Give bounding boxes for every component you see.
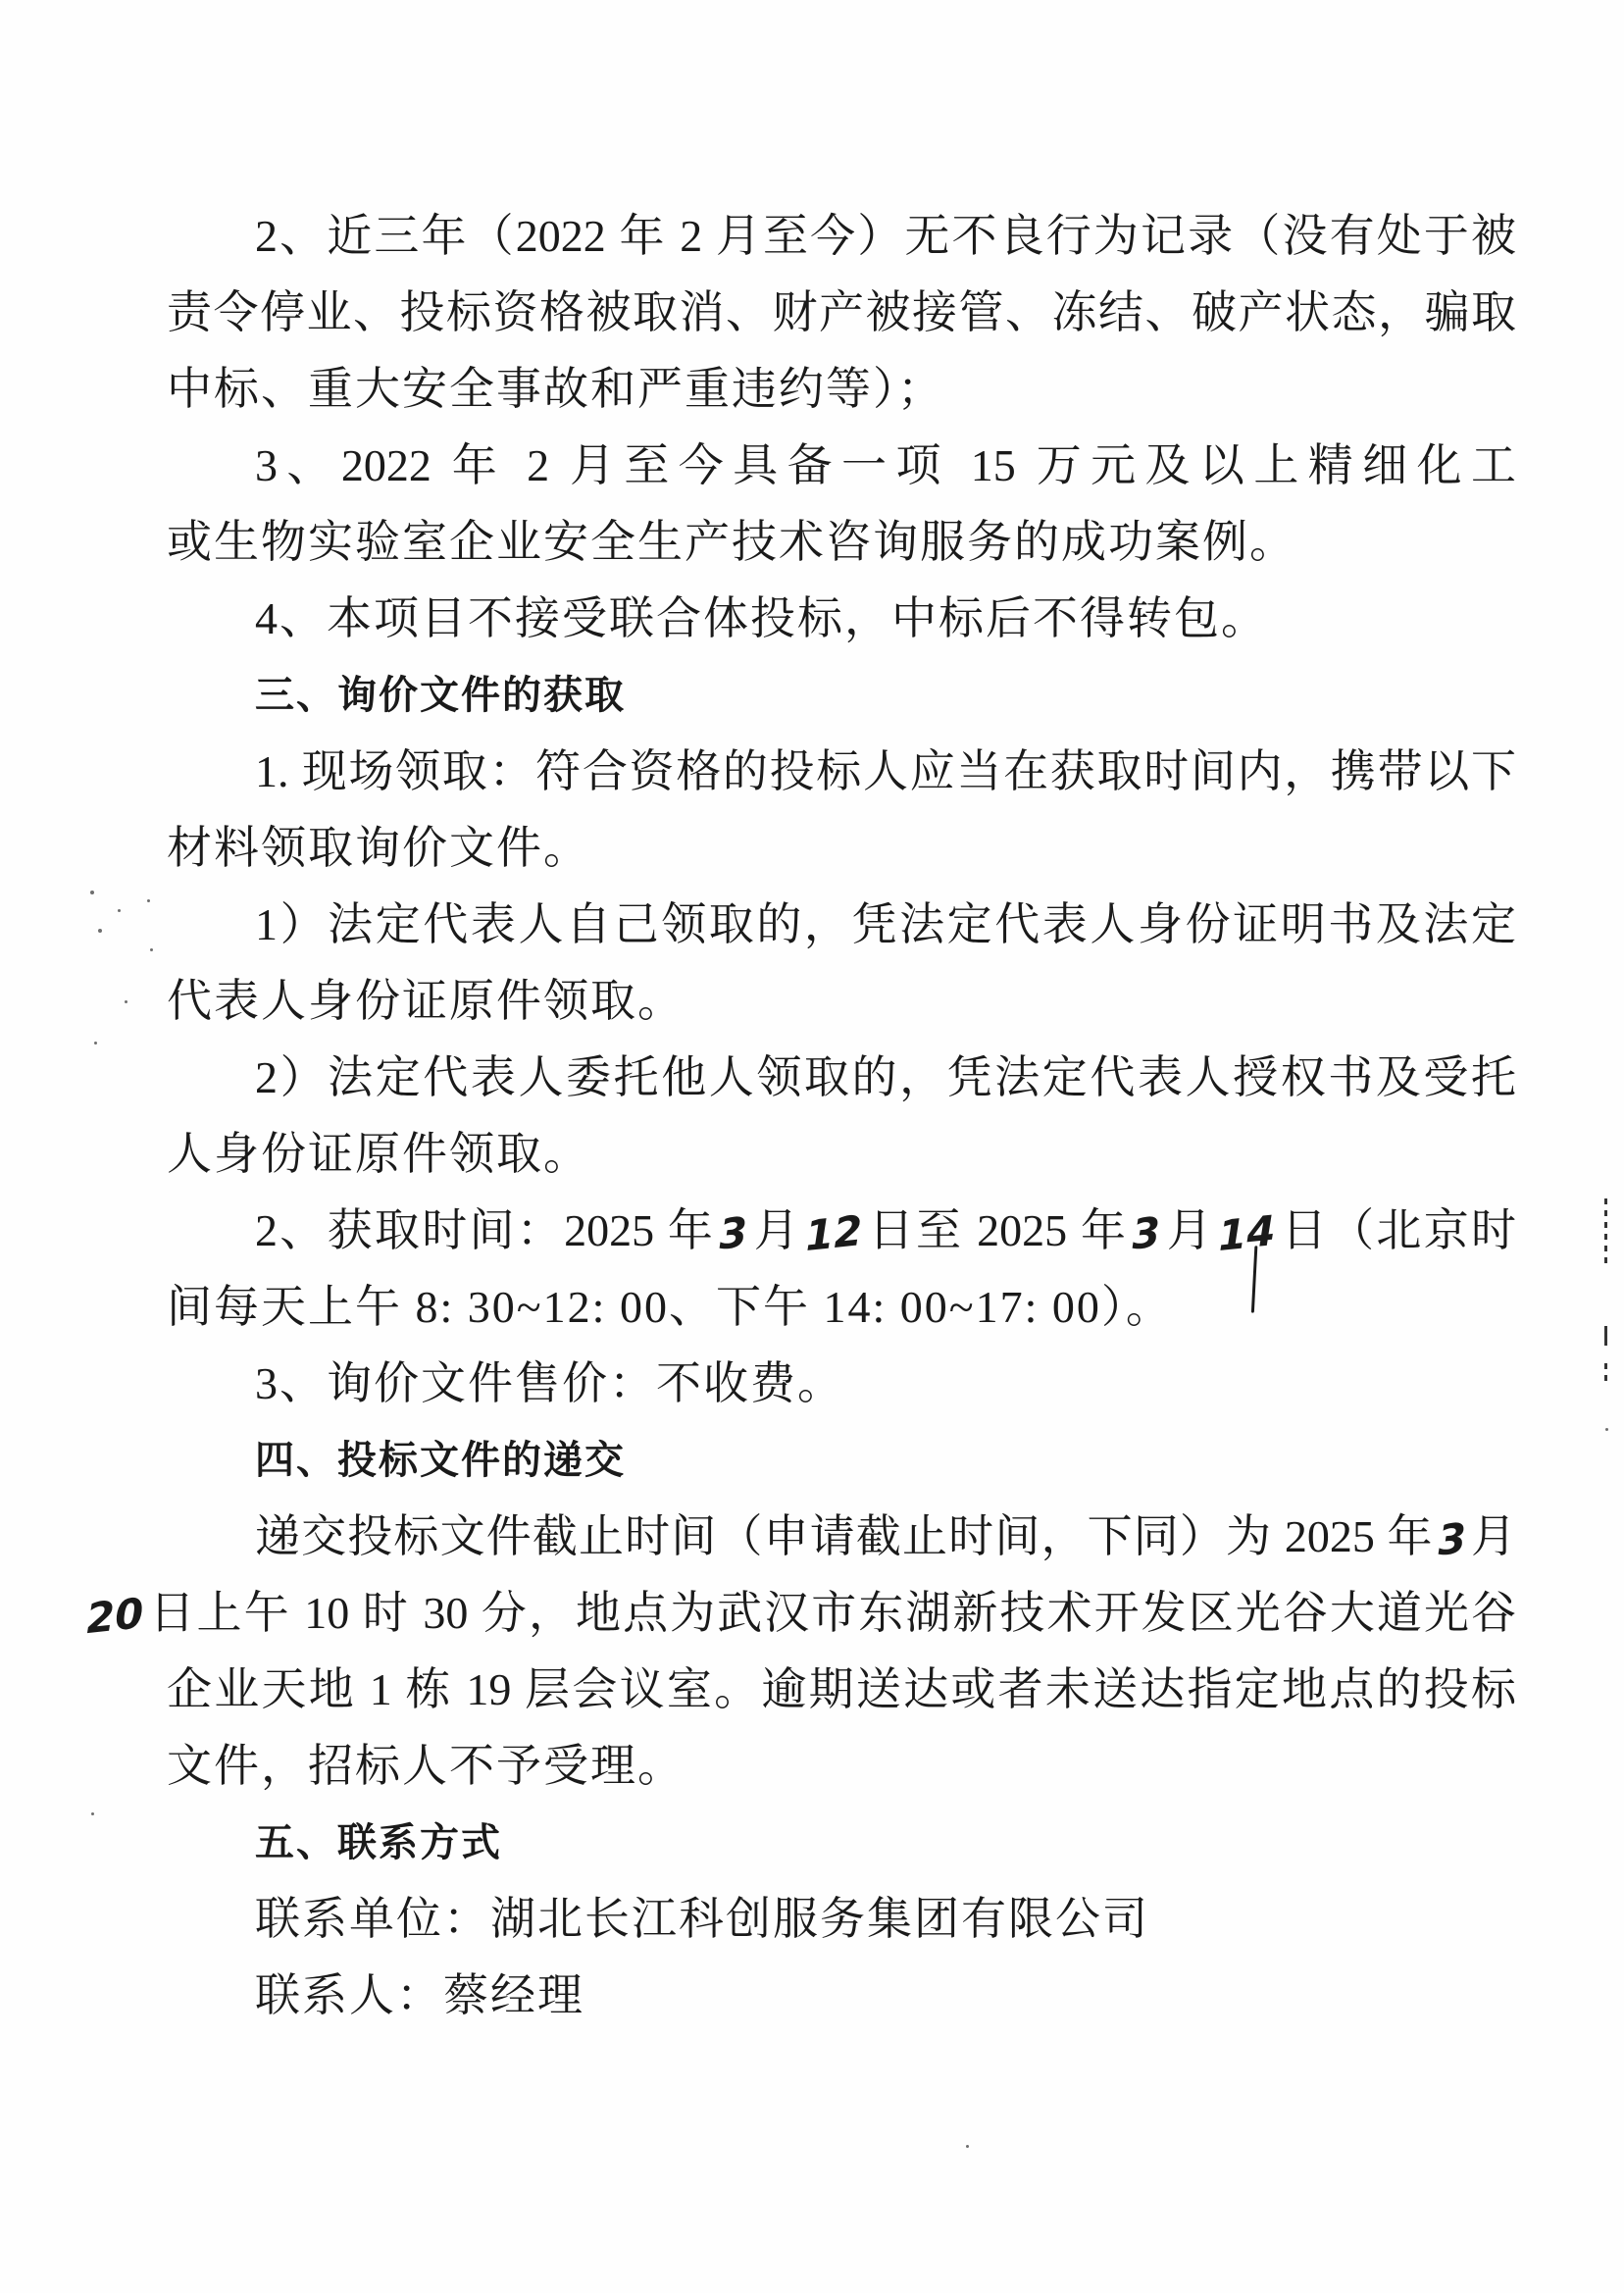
printed-text: 日上午 10 时 30 分，地点为武汉市东湖新技术开发区光谷大道光谷 <box>147 1588 1516 1638</box>
printed-text: 五、联系方式 <box>255 1820 502 1865</box>
scan-speckle <box>94 1042 97 1045</box>
text-line: 3、2022 年 2 月至今具备一项 15 万元及以上精细化工 <box>167 428 1516 504</box>
printed-text: 2、近三年（2022 年 2 月至今）无不良行为记录（没有处于被 <box>255 211 1516 261</box>
printed-text: 4、本项目不接受联合体投标，中标后不得转包。 <box>255 593 1268 643</box>
printed-text: 月 <box>1164 1205 1214 1255</box>
section-heading: 五、联系方式 <box>167 1805 1516 1881</box>
text-line: 责令停业、投标资格被取消、财产被接管、冻结、破产状态，骗取 <box>167 275 1516 351</box>
handwritten-text: 3 <box>719 1211 749 1255</box>
printed-text: 月 <box>751 1205 801 1255</box>
text-line: 中标、重大安全事故和严重违约等）； <box>167 351 1516 428</box>
printed-text: 3、2022 年 2 月至今具备一项 15 万元及以上精细化工 <box>255 440 1516 490</box>
printed-text: 日（北京时 <box>1280 1205 1516 1255</box>
printed-text: 四、投标文件的递交 <box>255 1438 626 1483</box>
text-line: 文件，招标人不予受理。 <box>167 1728 1516 1805</box>
scanned-document-page: 2、近三年（2022 年 2 月至今）无不良行为记录（没有处于被责令停业、投标资… <box>0 0 1624 2293</box>
text-line: 联系人：蔡经理 <box>167 1958 1516 2034</box>
scan-speckle <box>966 2145 969 2148</box>
text-line: 2、近三年（2022 年 2 月至今）无不良行为记录（没有处于被 <box>167 198 1516 275</box>
text-line: 企业天地 1 栋 19 层会议室。逾期送达或者未送达指定地点的投标 <box>167 1652 1516 1728</box>
printed-text: 间每天上午 8: 30~12: 00、下午 14: 00~17: 00）。 <box>167 1282 1173 1332</box>
text-line: 2）法定代表人委托他人领取的，凭法定代表人授权书及受托 <box>167 1040 1516 1116</box>
printed-text: 中标、重大安全事故和严重违约等）； <box>167 364 944 414</box>
printed-text: 企业天地 1 栋 19 层会议室。逾期送达或者未送达指定地点的投标 <box>167 1664 1516 1714</box>
scan-speckle <box>90 891 94 894</box>
scan-speckle <box>147 899 150 902</box>
scan-speckle <box>98 929 102 933</box>
text-line: 1. 现场领取：符合资格的投标人应当在获取时间内，携带以下 <box>167 734 1516 810</box>
section-heading: 三、询价文件的获取 <box>167 657 1516 734</box>
text-line: 人身份证原件领取。 <box>167 1116 1516 1193</box>
printed-text: 2）法定代表人委托他人领取的，凭法定代表人授权书及受托 <box>255 1052 1516 1102</box>
text-line: 代表人身份证原件领取。 <box>167 963 1516 1040</box>
printed-text: 代表人身份证原件领取。 <box>167 976 685 1026</box>
printed-text: 递交投标文件截止时间（申请截止时间，下同）为 2025 年 <box>255 1511 1434 1561</box>
text-line: 2、获取时间：2025 年3月12日至 2025 年3月14日（北京时 <box>167 1193 1516 1269</box>
printed-text: 人身份证原件领取。 <box>167 1129 590 1179</box>
printed-text: 责令停业、投标资格被取消、财产被接管、冻结、破产状态，骗取 <box>167 287 1516 337</box>
printed-text: 月 <box>1470 1511 1516 1561</box>
text-line: 递交投标文件截止时间（申请截止时间，下同）为 2025 年3月 <box>167 1499 1516 1575</box>
printed-text: 联系人：蔡经理 <box>255 1970 584 2020</box>
printed-text: 1）法定代表人自己领取的，凭法定代表人身份证明书及法定 <box>255 899 1516 949</box>
scan-speckle <box>91 1812 94 1815</box>
printed-text: 联系单位：湖北长江科创服务集团有限公司 <box>255 1894 1149 1944</box>
text-line: 材料领取询价文件。 <box>167 810 1516 887</box>
printed-text: 或生物实验室企业安全生产技术咨询服务的成功案例。 <box>167 517 1296 567</box>
text-line: 3、询价文件售价：不收费。 <box>167 1346 1516 1422</box>
section-heading: 四、投标文件的递交 <box>167 1422 1516 1499</box>
text-line: 20日上午 10 时 30 分，地点为武汉市东湖新技术开发区光谷大道光谷 <box>82 1575 1516 1652</box>
handwritten-text: 3 <box>1437 1517 1467 1561</box>
handwritten-text: 14 <box>1217 1210 1276 1257</box>
text-line: 1）法定代表人自己领取的，凭法定代表人身份证明书及法定 <box>167 887 1516 963</box>
text-line: 间每天上午 8: 30~12: 00、下午 14: 00~17: 00）。 <box>167 1269 1516 1346</box>
scan-edge-mark <box>1604 1326 1607 1346</box>
scan-speckle <box>118 909 121 912</box>
printed-text: 2、获取时间：2025 年 <box>255 1205 715 1255</box>
printed-text: 三、询价文件的获取 <box>255 673 626 718</box>
scan-speckle <box>1605 1428 1608 1431</box>
scan-speckle <box>125 1000 127 1003</box>
scan-speckle <box>150 948 153 951</box>
handwritten-text: 20 <box>85 1593 144 1640</box>
text-line: 或生物实验室企业安全生产技术咨询服务的成功案例。 <box>167 504 1516 581</box>
handwritten-text: 3 <box>1132 1211 1162 1255</box>
text-line: 4、本项目不接受联合体投标，中标后不得转包。 <box>167 581 1516 657</box>
printed-text: 1. 现场领取：符合资格的投标人应当在获取时间内，携带以下 <box>255 746 1516 796</box>
printed-text: 日至 2025 年 <box>866 1205 1128 1255</box>
scan-edge-mark <box>1604 1363 1607 1387</box>
text-line: 联系单位：湖北长江科创服务集团有限公司 <box>167 1881 1516 1958</box>
printed-text: 文件，招标人不予受理。 <box>167 1741 685 1791</box>
printed-text: 3、询价文件售价：不收费。 <box>255 1358 844 1408</box>
handwritten-text: 12 <box>804 1210 863 1257</box>
printed-text: 材料领取询价文件。 <box>167 823 590 873</box>
scan-edge-mark <box>1604 1198 1607 1267</box>
document-body: 2、近三年（2022 年 2 月至今）无不良行为记录（没有处于被责令停业、投标资… <box>167 198 1516 2034</box>
